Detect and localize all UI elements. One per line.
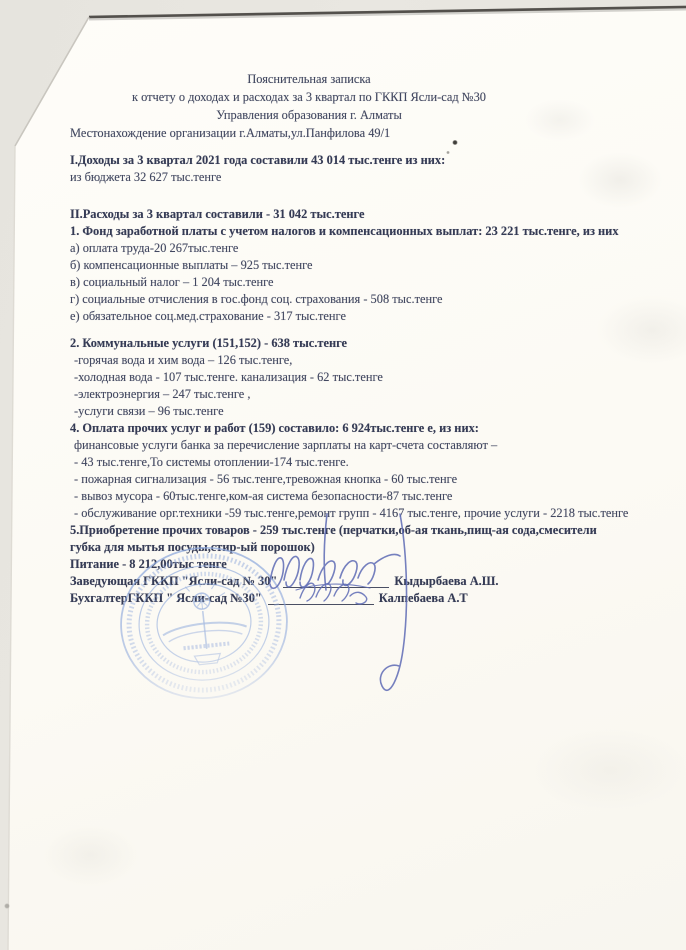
doc-body-line: е) обязательное соц.мед.страхование - 31… [70,308,626,325]
doc-body-line: -электроэнергия – 247 тыс.тенге , [70,386,626,403]
signature-role-label: Заведующая ГККП "Ясли-сад № 30" [70,573,277,590]
doc-header-line: Управления образования г. Алматы [70,106,548,124]
doc-body-line: г) социальные отчисления в гос.фонд соц.… [70,291,626,308]
doc-body-line: 5.Приобретение прочих товаров - 259 тыс.… [70,522,626,539]
signatory-name: Кыдырбаева А.Ш. [394,573,498,590]
doc-body-line: а) оплата труда-20 267тыс.тенге [70,240,626,257]
signature-role-label: БухгалтерГККП " Ясли-сад №30" [70,590,262,607]
body-lines: I.Доходы за 3 квартал 2021 года составил… [70,152,626,573]
doc-body-line: - 43 тыс.тенге,То системы отоплении-174 … [70,454,626,471]
doc-body-line: II.Расходы за 3 квартал составили - 31 0… [70,206,626,223]
doc-body-line: финансовые услуги банка за перечисление … [70,437,626,454]
doc-header-line: к отчету о доходах и расходах за 3 кварт… [70,88,548,106]
scan-speck [4,903,10,909]
doc-body-line: 1. Фонд заработной платы с учетом налого… [70,223,626,240]
doc-body-line: 2. Коммунальные услуги (151,152) - 638 т… [70,335,626,352]
doc-body-line: - обслуживание орг.техники -59 тыс.тенге… [70,505,626,522]
doc-body-line: - вывоз мусора - 60тыс.тенге,ком-ая сист… [70,488,626,505]
doc-body-line: из бюджета 32 627 тыс.тенге [70,169,626,186]
doc-body-line: -услуги связи – 96 тыс.тенге [70,403,626,420]
doc-header-line: Местонахождение организации г.Алматы,ул.… [70,124,626,142]
doc-body-line: 4. Оплата прочих услуг и работ (159) сос… [70,420,626,437]
doc-body-line: -горячая вода и хим вода – 126 тыс.тенге… [70,352,626,369]
header-lines: Пояснительная запискак отчету о доходах … [70,70,626,142]
scanned-page: Пояснительная запискак отчету о доходах … [0,0,686,950]
doc-body-line: -холодная вода - 107 тыс.тенге. канализа… [70,369,626,386]
scan-speck [452,140,458,145]
doc-body-line: в) социальный налог – 1 204 тыс.тенге [70,274,626,291]
doc-body-line: I.Доходы за 3 квартал 2021 года составил… [70,152,626,169]
scan-speck [446,151,450,154]
signature-row: БухгалтерГККП " Ясли-сад №30"Калпебаева … [70,590,626,607]
doc-body-line: губка для мытья посуды,стир-ый порошок) [70,539,626,556]
signature-rows: Заведующая ГККП "Ясли-сад № 30"Кыдырбаев… [70,573,626,607]
signature-row: Заведующая ГККП "Ясли-сад № 30"Кыдырбаев… [70,573,626,590]
doc-body-line: Питание - 8 212,00тыс тенге [70,556,626,573]
doc-body-line: - пожарная сигнализация - 56 тыс.тенге,т… [70,471,626,488]
signatory-name: Калпебаева А.Т [379,590,468,607]
signature-line [268,592,374,605]
document-text: Пояснительная запискак отчету о доходах … [70,70,626,607]
doc-body-line: б) компенсационные выплаты – 925 тыс.тен… [70,257,626,274]
signature-line [283,575,389,588]
doc-header-line: Пояснительная записка [70,70,548,88]
